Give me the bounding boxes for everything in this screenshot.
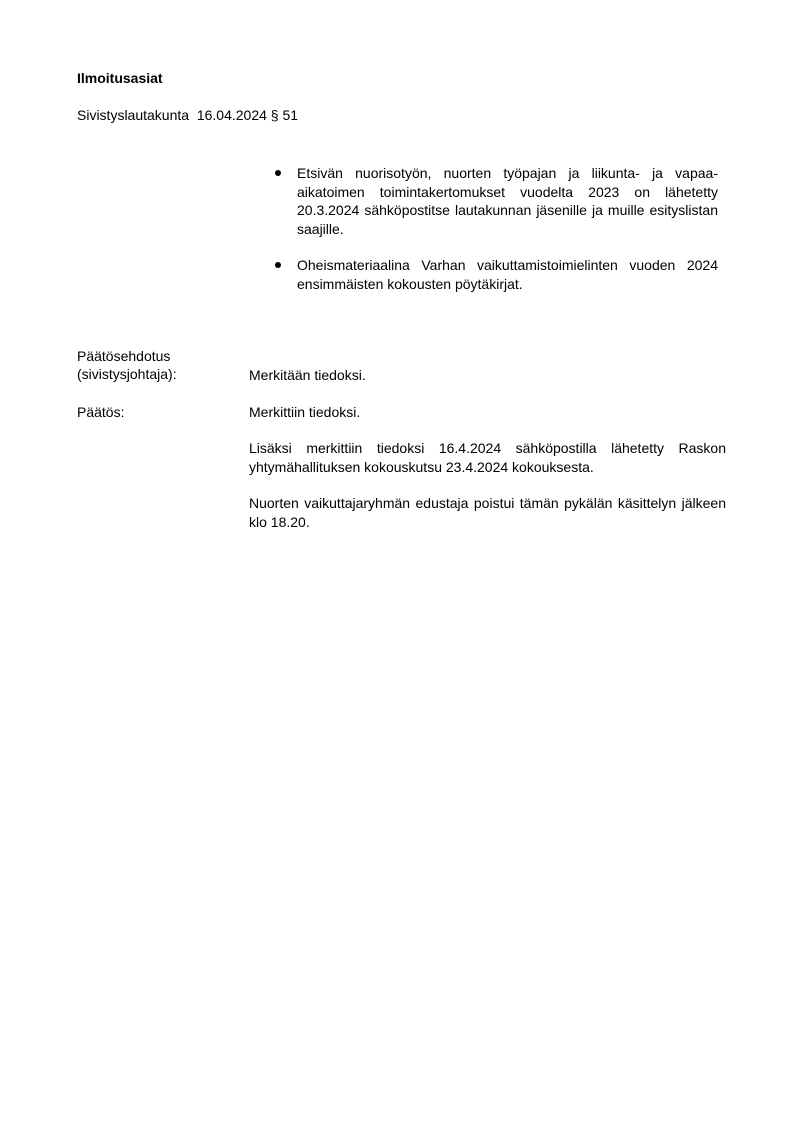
proposal-label-line1: Päätösehdotus <box>77 347 177 365</box>
decision-youth-representative-note: Nuorten vaikuttajaryhmän edustaja poistu… <box>249 494 726 531</box>
meeting-reference: Sivistyslautakunta 16.04.2024 § 51 <box>77 106 298 124</box>
list-item: Etsivän nuorisotyön, nuorten työpajan ja… <box>270 164 718 238</box>
decision-additional-note: Lisäksi merkittiin tiedoksi 16.4.2024 sä… <box>249 439 726 476</box>
proposal-label-line2: (sivistysjohtaja): <box>77 365 177 383</box>
decision-text: Merkittiin tiedoksi. <box>249 403 726 422</box>
bullet-icon <box>275 262 281 268</box>
decision-label: Päätös: <box>77 403 124 421</box>
proposal-text: Merkitään tiedoksi. <box>249 366 726 385</box>
list-item: Oheismateriaalina Varhan vaikuttamistoim… <box>270 256 718 293</box>
list-item-text: Etsivän nuorisotyön, nuorten työpajan ja… <box>297 165 718 237</box>
list-item-text: Oheismateriaalina Varhan vaikuttamistoim… <box>297 257 718 292</box>
notice-list: Etsivän nuorisotyön, nuorten työpajan ja… <box>270 164 718 311</box>
bullet-icon <box>275 170 281 176</box>
proposal-label: Päätösehdotus (sivistysjohtaja): <box>77 347 177 383</box>
section-heading: Ilmoitusasiat <box>77 69 163 87</box>
